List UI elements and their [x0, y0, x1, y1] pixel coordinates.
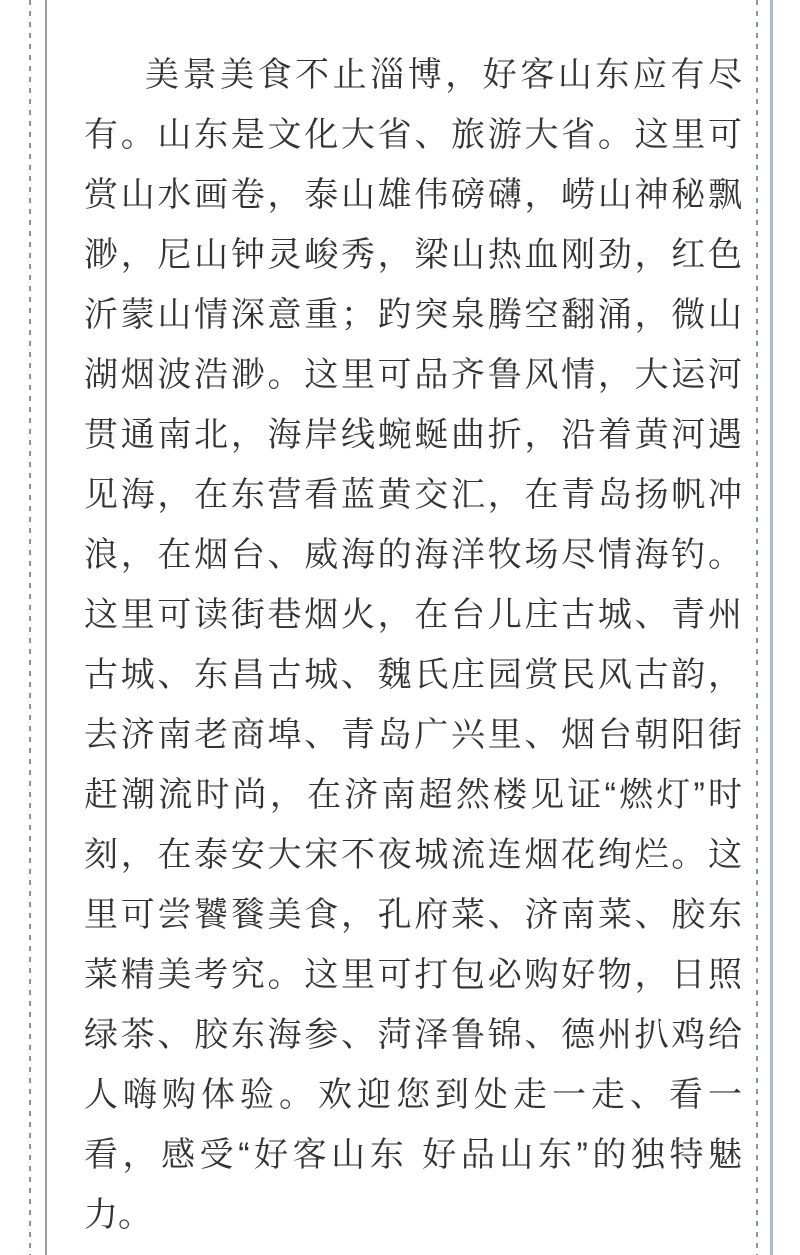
text-line: 赶潮流时尚，在济南超然楼见证“燃灯”时	[84, 765, 742, 825]
text-line: 美景美食不止淄博，好客山东应有尽	[84, 45, 742, 105]
text-line: 里可尝饕餮美食，孔府菜、济南菜、胶东	[84, 885, 742, 945]
article-body: 美景美食不止淄博，好客山东应有尽 有。山东是文化大省、旅游大省。这里可 赏山水画…	[84, 45, 742, 1245]
text-line: 见海，在东营看蓝黄交汇，在青岛扬帆冲	[84, 465, 742, 525]
text-line: 浪，在烟台、威海的海洋牧场尽情海钓。	[84, 525, 742, 585]
left-dashed-border	[29, 0, 31, 1255]
text-line: 有。山东是文化大省、旅游大省。这里可	[84, 105, 742, 165]
text-line: 刻，在泰安大宋不夜城流连烟花绚烂。这	[84, 825, 742, 885]
text-line: 渺，尼山钟灵峻秀，梁山热血刚劲，红色	[84, 225, 742, 285]
text-line: 贯通南北，海岸线蜿蜒曲折，沿着黄河遇	[84, 405, 742, 465]
left-solid-border	[45, 0, 47, 1255]
text-line: 湖烟波浩渺。这里可品齐鲁风情，大运河	[84, 345, 742, 405]
right-dashed-border	[756, 0, 758, 1255]
text-line: 看，感受“好客山东 好品山东”的独特魅	[84, 1125, 742, 1185]
right-solid-border	[770, 0, 773, 1255]
text-line: 这里可读街巷烟火，在台儿庄古城、青州	[84, 585, 742, 645]
text-line: 赏山水画卷，泰山雄伟磅礴，崂山神秘飘	[84, 165, 742, 225]
text-line: 绿茶、胶东海参、菏泽鲁锦、德州扒鸡给	[84, 1005, 742, 1065]
text-line: 菜精美考究。这里可打包必购好物，日照	[84, 945, 742, 1005]
text-line: 力。	[84, 1185, 742, 1245]
text-line: 古城、东昌古城、魏氏庄园赏民风古韵，	[84, 645, 742, 705]
text-line: 人嗨购体验。欢迎您到处走一走、看一	[84, 1065, 742, 1125]
text-line: 沂蒙山情深意重；趵突泉腾空翻涌，微山	[84, 285, 742, 345]
text-line: 去济南老商埠、青岛广兴里、烟台朝阳街	[84, 705, 742, 765]
